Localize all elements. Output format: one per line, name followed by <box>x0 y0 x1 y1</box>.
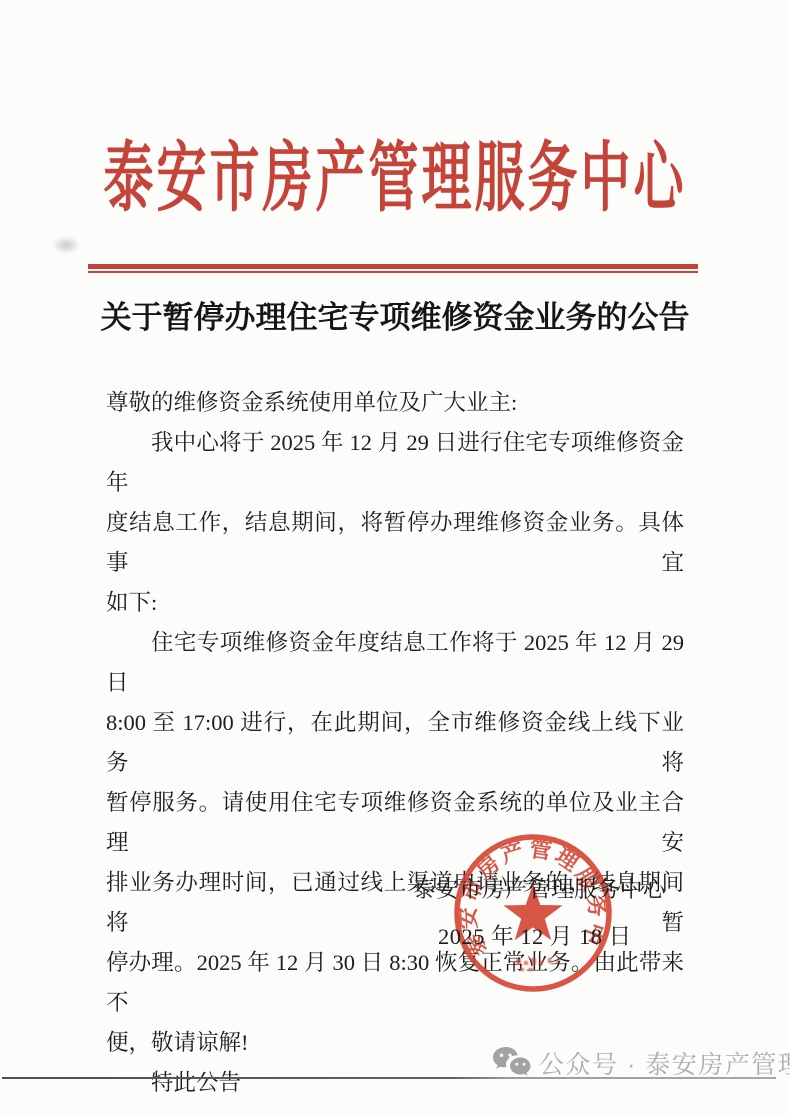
body-line: 我中心将于 2025 年 12 月 29 日进行住宅专项维修资金年 <box>106 423 684 503</box>
signature-org: 泰安市房产管理服务中心 <box>413 872 666 904</box>
letterhead-text: 泰安市房产管理服务中心 <box>104 105 687 251</box>
signature-date: 2025 年 12 月 18 日 <box>438 919 632 951</box>
wechat-account-label: 公众号 · 泰安房产管理 <box>539 1045 790 1081</box>
body-line-salutation: 尊敬的维修资金系统使用单位及广大业主: <box>106 383 684 423</box>
body-line: 住宅专项维修资金年度结息工作将于 2025 年 12 月 29 日 <box>106 623 684 703</box>
scanned-notice-page: 泰安市房产管理服务中心 关于暂停办理住宅专项维修资金业务的公告 尊敬的维修资金系… <box>0 0 790 1118</box>
body-line: 度结息工作，结息期间，将暂停办理维修资金业务。具体事宜 <box>106 503 684 583</box>
divider-thin-line <box>88 271 698 273</box>
notice-title: 关于暂停办理住宅专项维修资金业务的公告 <box>0 292 790 337</box>
scan-smudge <box>52 236 80 254</box>
body-line: 8:00 至 17:00 进行，在此期间，全市维修资金线上线下业务将 <box>106 703 684 783</box>
wechat-icon <box>492 1046 532 1080</box>
body-line: 如下: <box>106 583 684 623</box>
letterhead-divider <box>88 264 698 273</box>
letterhead: 泰安市房产管理服务中心 <box>0 130 790 226</box>
official-seal: 泰安市房产管理服务中心 <box>432 811 634 1013</box>
seal-serial-marks <box>516 958 558 971</box>
footer-wechat: 公众号 · 泰安房产管理 <box>492 1046 790 1080</box>
